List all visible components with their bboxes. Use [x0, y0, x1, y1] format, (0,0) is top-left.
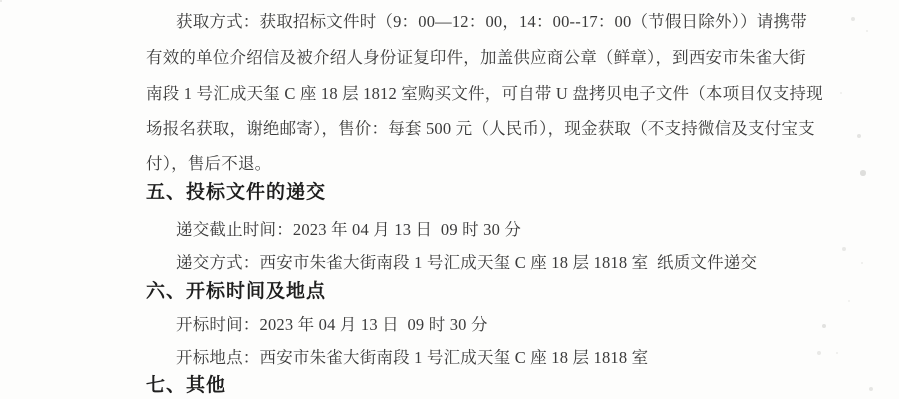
bid-opening-time-line: 开标时间：2023 年 04 月 13 日 09 时 30 分 [176, 315, 488, 335]
submission-deadline-line: 递交截止时间：2023 年 04 月 13 日 09 时 30 分 [176, 220, 521, 240]
acquisition-paragraph-line-3: 南段 1 号汇成天玺 C 座 18 层 1812 室购买文件，可自带 U 盘拷贝… [146, 84, 823, 104]
submission-method-line: 递交方式：西安市朱雀大街南段 1 号汇成天玺 C 座 18 层 1818 室 纸… [176, 253, 757, 273]
section-6-heading: 六、开标时间及地点 [146, 280, 326, 304]
section-5-heading: 五、投标文件的递交 [146, 181, 326, 205]
acquisition-paragraph-line-5: 付），售后不退。 [146, 154, 271, 174]
acquisition-paragraph-line-2: 有效的单位介绍信及被介绍人身份证复印件，加盖供应商公章（鲜章），到西安市朱雀大街 [146, 48, 806, 68]
acquisition-paragraph-line-4: 场报名获取，谢绝邮寄），售价：每套 500 元（人民币），现金获取（不支持微信及… [146, 119, 815, 139]
scan-noise-specks [0, 0, 2, 2]
acquisition-paragraph-line-1: 获取方式：获取招标文件时（9：00—12：00，14：00--17：00（节假日… [176, 12, 807, 32]
scanned-document-page: 获取方式：获取招标文件时（9：00—12：00，14：00--17：00（节假日… [0, 0, 899, 399]
section-7-heading: 七、其他 [146, 374, 226, 398]
bid-opening-place-line: 开标地点：西安市朱雀大街南段 1 号汇成天玺 C 座 18 层 1818 室 [176, 348, 648, 368]
